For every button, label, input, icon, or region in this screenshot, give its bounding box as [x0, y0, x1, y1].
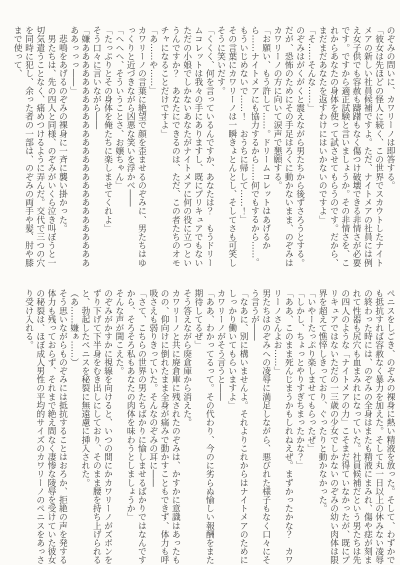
- paragraph: 「ああ、わかってるって。その代わり、今のに劣らぬ愉しい報酬をまた期待してるぜ」: [192, 289, 215, 565]
- paragraph: カワリーノがそう言うと――: [214, 289, 225, 565]
- paragraph: （あ……嫌ぁ……）: [67, 289, 78, 565]
- paragraph: 「なあに、別に構いませんよ。それよりこれからはナイトメアのためにしっかり働いても…: [226, 289, 249, 565]
- paragraph: そう答えながら廃倉庫から消えた。: [180, 289, 191, 565]
- paragraph: そう口々に言いながら――: [90, 26, 101, 274]
- paragraph: その言葉にカワリーノは一瞬きょとんとし、そしてさも可笑しそうに笑いだす。: [214, 26, 237, 274]
- paragraph: 「たっぷりとその身体を俺たちに楽しませてくれよ」: [101, 26, 112, 274]
- paragraph: のぞみはがくがくと震えながら男たちから後ずさろうとする。だが、恐怖のためにその手…: [271, 26, 305, 274]
- paragraph: 「彼女は先ほどの怪人に続く、この世界でスカウトしたナイトメアの新しい社員候補です…: [316, 26, 384, 274]
- paragraph: 男たちはのぞみへの凌辱に満足しながら、悪びれた様子もなく口々にそう言うが――: [248, 289, 271, 565]
- paragraph: 「さて、こちらの世界の男たちばかりに愉しませるばかりではなんですから、そろそろ私…: [124, 289, 147, 565]
- text-band-lower: ペニスをしごき、のぞみの裸身に熱い精液を放った。そして、わずかでも抵抗すれば容赦…: [4, 289, 395, 565]
- paragraph: ペニスをしごき、のぞみの裸身に熱い精液を放った。そして、わずかでも抵抗すれば容赦…: [316, 289, 395, 565]
- text-band-upper: のぞみの問いに、カワリーノは即答する。「彼女は先ほどの怪人に続く、この世界でスカ…: [4, 26, 395, 274]
- paragraph: 男たちは、先の四人と同様、のぞみがいくら泣き叫ぼうと一切気遣うことなく、痛めつけ…: [11, 26, 56, 274]
- paragraph: 「あ……や……」: [146, 26, 157, 274]
- paragraph: 「そ……そんな……」: [305, 26, 316, 274]
- paragraph: 悲鳴をあげるのぞみの裸身に一斉に襲い掛かった。: [56, 26, 67, 274]
- paragraph: 「ああ、このまま死んじまうかもしれねえぜ。まずかったかな？ カワリーノさんよお……: [271, 289, 294, 565]
- paragraph: 「へへへ、そういうことさ、お嬢ちゃん」: [113, 26, 124, 274]
- paragraph: 「くくく、何を言っているんですか、あなたは？ もうドリームコレットは我々の手にあ…: [158, 26, 214, 274]
- paragraph: そんな声が聞こえた。: [113, 289, 124, 565]
- paragraph: 「お願い、もう許して……。ドリームコレットはあげるから……ナイトメアにも協力する…: [237, 26, 271, 274]
- paragraph: のぞみの問いに、カワリーノは即答する。: [384, 26, 395, 274]
- paragraph: カワリーノの言葉に絶望で顔を歪ませるのぞみに、男たちはゆっくりと近づきながら凶悪…: [124, 26, 147, 274]
- paragraph: そう思いながらものぞみには抵抗することはおろか、拒絶の声を発する体力も残っておら…: [22, 289, 67, 565]
- paragraph: 「嫌ああああああああああああああああああああああああああああっっっ――」: [67, 26, 90, 274]
- paragraph: 「しかし、ちょっとやりすぎちまったかな？」: [293, 289, 304, 565]
- paragraph: のぞみがかすかに視線を向けると、いつの間にかカワリーノがズボンをずり下げて下半身…: [79, 289, 113, 565]
- paragraph: 「いやーたっぷり楽しませてもらったぜ」: [305, 289, 316, 565]
- novel-page: のぞみの問いに、カワリーノは即答する。「彼女は先ほどの怪人に続く、この世界でスカ…: [0, 0, 400, 565]
- paragraph: カワリーノと共に廃倉庫に残されたのぞみは、かすかに意識はあったものの、仰向けに倒…: [146, 289, 180, 565]
